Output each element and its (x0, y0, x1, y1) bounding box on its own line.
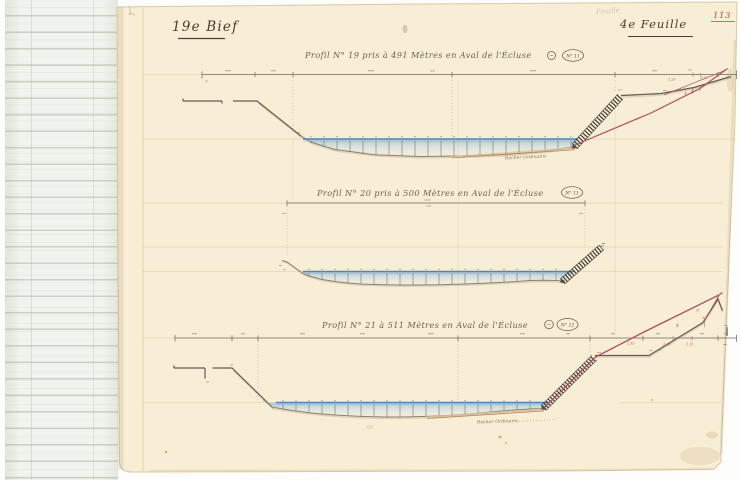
red-figure: 1.20 (668, 78, 676, 82)
sheet-paper (117, 2, 737, 472)
red-figure: 1.31 (627, 342, 635, 346)
profile-19-title: Profil N° 19 pris à 491 Mètres en Aval d… (304, 50, 532, 60)
stamp-label: N° 11 (564, 190, 579, 196)
bief-label: 19e Bief (172, 19, 239, 35)
stamp-label: N° 12 (560, 322, 575, 328)
profile-21-title: Profil N° 21 à 511 Mètres en Aval de l'É… (321, 320, 528, 330)
red-figure: 1.20 (700, 76, 708, 80)
profile-20-title: Profil N° 20 pris à 500 Mètres en Aval d… (316, 188, 544, 198)
red-figure: 4 (675, 324, 679, 329)
red-figure: 1.20 (663, 343, 671, 347)
scanned-document-view: 19e Bief 4e Feuille 113 Feuille Profil N… (0, 0, 740, 480)
drawing-sheet: 19e Bief 4e Feuille 113 Feuille Profil N… (0, 0, 740, 480)
red-figure: 4 (684, 92, 687, 96)
page-number: 113 (713, 11, 731, 21)
red-figure: 1.11 (686, 343, 694, 347)
feuille-label: 4e Feuille (619, 17, 687, 31)
stamp-label: N° 11 (565, 53, 580, 59)
